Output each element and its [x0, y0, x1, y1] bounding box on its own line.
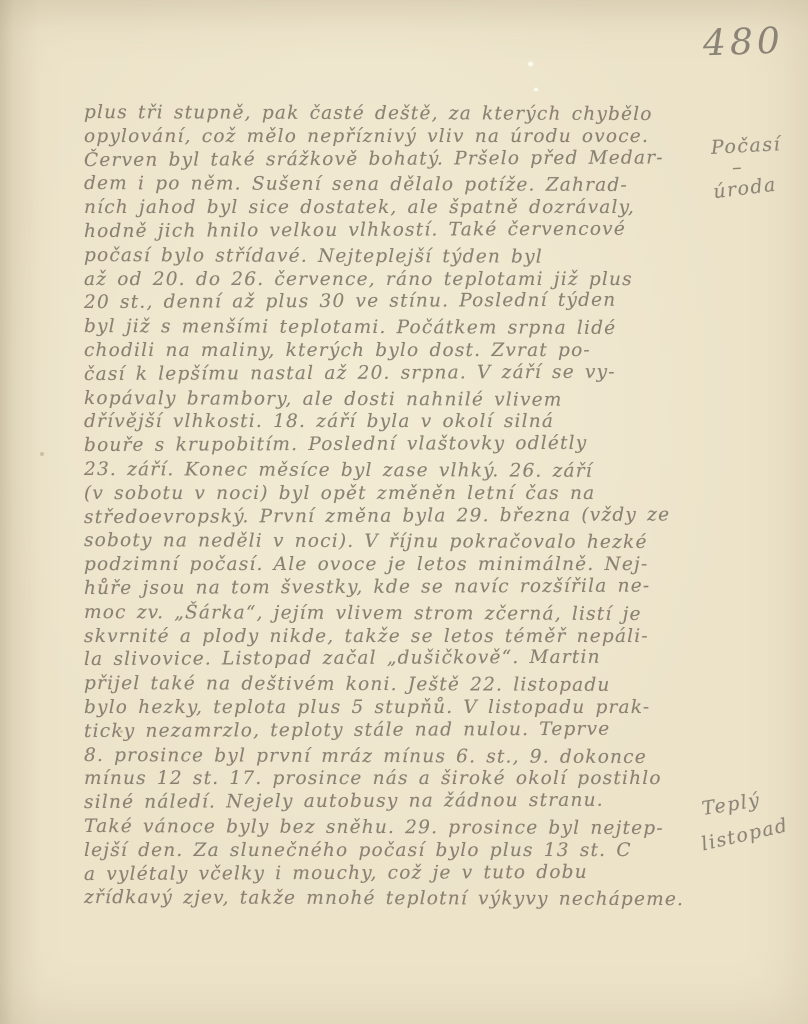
page-number: 480: [703, 21, 785, 65]
text-line: podzimní počasí. Ale ovoce je letos mini…: [84, 553, 732, 577]
text-line: ticky nezamrzlo, teploty stále nad nulou…: [84, 717, 732, 744]
paper-speck: [534, 88, 538, 91]
text-line: a vylétaly včelky i mouchy, což je v tut…: [84, 860, 732, 887]
text-line: mínus 12 st. 17. prosince nás a široké o…: [84, 767, 732, 791]
text-line: Také vánoce byly bez sněhu. 29. prosince…: [84, 815, 732, 841]
text-line: přijel také na deštivém koni. Ještě 22. …: [84, 672, 732, 698]
text-line: středoevropský. První změna byla 29. bře…: [84, 503, 732, 530]
text-line: počasí bylo střídavé. Nejteplejší týden …: [84, 244, 732, 270]
text-line: la slivovice. Listopad začal „dušičkově“…: [84, 646, 732, 673]
text-line: časí k lepšímu nastal až 20. srpna. V zá…: [84, 360, 732, 387]
paper-speck: [528, 62, 533, 66]
text-line: moc zv. „Šárka“, jejím vlivem strom zčer…: [84, 601, 732, 627]
text-line: opylování, což mělo nepříznivý vliv na ú…: [84, 125, 732, 149]
text-line: chodili na maliny, kterých bylo dost. Zv…: [84, 339, 732, 363]
handwritten-text: plus tři stupně, pak časté deště, za kte…: [84, 101, 732, 910]
text-line: hůře jsou na tom švestky, kde se navíc r…: [84, 574, 732, 601]
text-line: (v sobotu v noci) byl opět změněn letní …: [84, 482, 732, 506]
chronicle-page: 480 plus tři stupně, pak časté deště, za…: [0, 0, 808, 1024]
text-line: bylo hezky, teplota plus 5 stupňů. V lis…: [84, 696, 732, 720]
text-line: lejší den. Za slunečného počasí bylo plu…: [84, 839, 732, 863]
text-line: bouře s krupobitím. Poslední vlaštovky o…: [84, 431, 732, 458]
text-line: ních jahod byl sice dostatek, ale špatně…: [84, 196, 732, 220]
text-line: hodně jich hnilo velkou vlhkostí. Také č…: [84, 217, 732, 244]
text-line: plus tři stupně, pak časté deště, za kte…: [84, 101, 732, 127]
text-line: 8. prosince byl první mráz mínus 6. st.,…: [84, 744, 732, 770]
text-line: 20 st., denní až plus 30 ve stínu. Posle…: [84, 289, 732, 316]
text-line: Červen byl také srážkově bohatý. Pršelo …: [84, 146, 732, 173]
margin-note-weather: Počasí – úroda: [710, 132, 784, 202]
text-line: kopávaly brambory, ale dosti nahnilé vli…: [84, 387, 732, 413]
text-line: silné náledí. Nejely autobusy na žádnou …: [84, 788, 732, 815]
text-line: dřívější vlhkosti. 18. září byla v okolí…: [84, 410, 732, 434]
text-line: zřídkavý zjev, takže mnohé teplotní výky…: [84, 886, 732, 912]
text-line: dem i po něm. Sušení sena dělalo potíže.…: [84, 172, 732, 198]
paper-speck: [40, 452, 44, 456]
text-line: 23. září. Konec měsíce byl zase vlhký. 2…: [84, 458, 732, 484]
text-line: soboty na neděli v noci). V říjnu pokrač…: [84, 529, 732, 555]
text-line: byl již s menšími teplotami. Počátkem sr…: [84, 315, 732, 341]
margin-note-line: Počasí: [710, 132, 781, 160]
